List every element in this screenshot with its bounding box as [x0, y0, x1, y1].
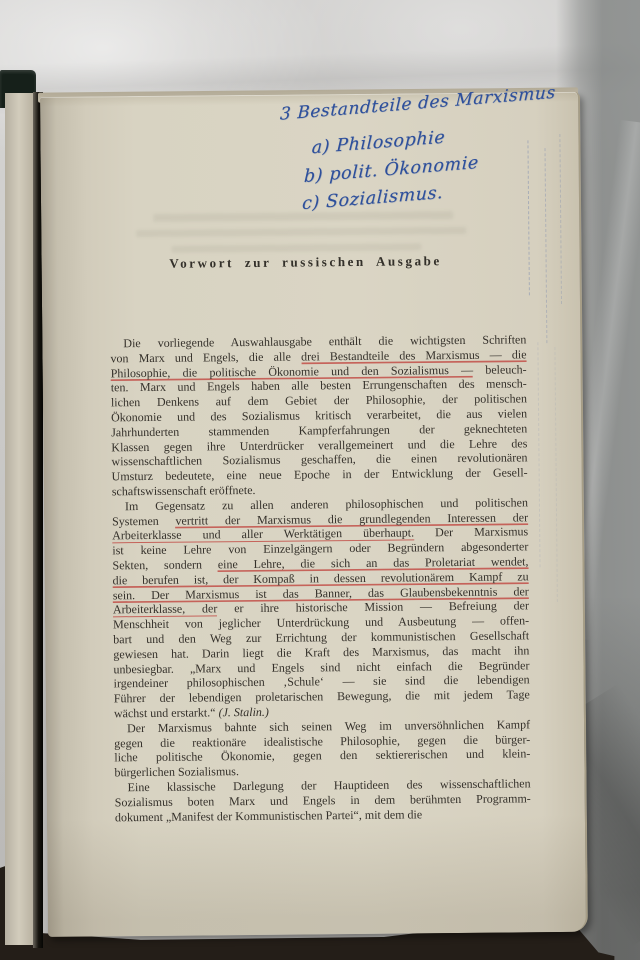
chapter-heading: Vorwort zur russischen Ausgabe	[98, 252, 514, 272]
text-segment: schaftswissenschaft eröffnete.	[112, 483, 256, 498]
text-segment: Umsturz bedeutete, eine neue Epoche in d…	[112, 466, 528, 484]
text-segment: wächst und erstarkt.“	[114, 705, 219, 720]
text-segment: (J. Stalin.)	[218, 705, 268, 719]
red-underlined-text: Arbeiterklasse, der	[113, 602, 218, 618]
handwriting-line: a) Philosophie	[311, 128, 445, 159]
handwriting-line: b) polit. Ökonomie	[304, 153, 480, 187]
body-text: Die vorliegende Auswahlausgabe enthält d…	[110, 332, 531, 824]
show-through-text	[171, 243, 421, 252]
facing-page-edge	[5, 93, 36, 945]
book-page: 3 Bestandteile des Marxismus a) Philosop…	[40, 92, 588, 937]
handwriting-line: c) Sozialismus.	[302, 183, 444, 214]
text-segment: Sekten, sondern	[112, 557, 217, 572]
text-segment: Führer der lebendigen proletarischen Bew…	[114, 687, 530, 705]
text-segment: Systemen	[112, 513, 176, 528]
text-segment: bürgerlichen Sozialismus.	[114, 764, 239, 779]
text-segment: Der Marxismus	[414, 525, 528, 540]
text-segment: beleuch-	[473, 362, 527, 377]
margin-mark	[554, 347, 557, 602]
text-segment: liche politische Ökonomie, gegen den sek…	[114, 747, 530, 765]
margin-mark	[537, 342, 540, 567]
handwritten-annotation: 3 Bestandteile des Marxismus a) Philosop…	[36, 73, 583, 245]
text-segment: Sozialismus boten Marx und Engels in dem…	[115, 791, 531, 809]
text-segment: dokument „Manifest der Kommunistischen P…	[115, 807, 422, 824]
text-line: dokument „Manifest der Kommunistischen P…	[115, 806, 531, 825]
text-segment: von Marx und Engels, die alle	[110, 349, 301, 365]
